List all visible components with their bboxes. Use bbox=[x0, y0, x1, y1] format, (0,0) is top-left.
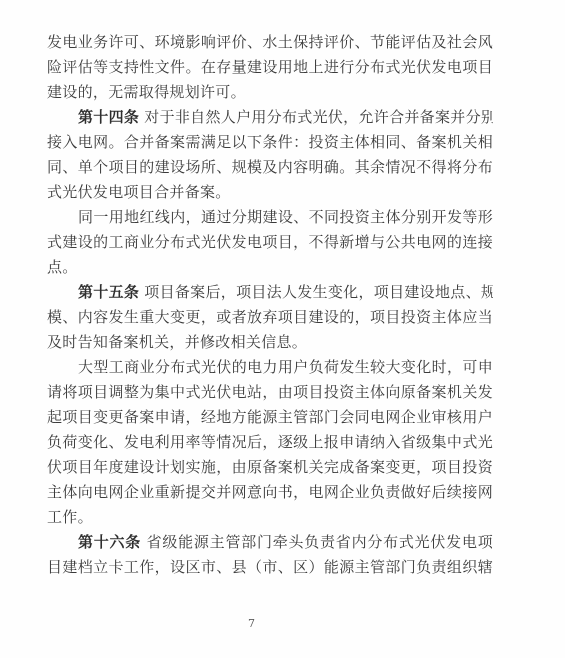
text-line: 式建设的工商业分布式光伏发电项目，不得新增与公共电网的连接 bbox=[47, 230, 493, 255]
line-text: 险评估等支持性文件。在存量建设用地上进行分布式光伏发电项目 bbox=[47, 58, 493, 76]
line-text: 对于非自然人户用分布式光伏，允许合并备案并分别 bbox=[139, 108, 493, 126]
line-text: 伏项目年度建设计划实施，由原备案机关完成备案变更，项目投资 bbox=[47, 458, 493, 476]
article-number: 第十四条 bbox=[78, 108, 139, 126]
line-text: 负荷变化、发电利用率等情况后，逐级上报申请纳入省级集中式光 bbox=[47, 433, 493, 451]
line-text: 项目备案后，项目法人发生变化，项目建设地点、规 bbox=[139, 283, 493, 301]
text-line: 式光伏发电项目合并备案。 bbox=[47, 180, 493, 205]
line-text: 大型工商业分布式光伏的电力用户负荷发生较大变化时，可申 bbox=[78, 358, 493, 376]
text-line: 起项目变更备案申请，经地方能源主管部门会同电网企业审核用户 bbox=[47, 405, 493, 430]
document-text-block: 发电业务许可、环境影响评价、水土保持评价、节能评估及社会风 险评估等支持性文件。… bbox=[47, 30, 493, 580]
text-line: 请将项目调整为集中式光伏电站，由项目投资主体向原备案机关发 bbox=[47, 380, 493, 405]
line-text: 目建档立卡工作，设区市、县（市、区）能源主管部门负责组织辖 bbox=[47, 558, 493, 576]
text-line: 同一用地红线内，通过分期建设、不同投资主体分别开发等形 bbox=[47, 205, 493, 230]
line-text: 同、单个项目的建设场所、规模及内容明确。其余情况不得将分布 bbox=[47, 158, 493, 176]
line-text: 请将项目调整为集中式光伏电站，由项目投资主体向原备案机关发 bbox=[47, 383, 493, 401]
text-line: 主体向电网企业重新提交并网意向书，电网企业负责做好后续接网 bbox=[47, 480, 493, 505]
page-number: 7 bbox=[248, 617, 255, 630]
line-text: 式建设的工商业分布式光伏发电项目，不得新增与公共电网的连接 bbox=[47, 233, 493, 251]
document-page: 发电业务许可、环境影响评价、水土保持评价、节能评估及社会风 险评估等支持性文件。… bbox=[0, 0, 565, 658]
text-line: 伏项目年度建设计划实施，由原备案机关完成备案变更，项目投资 bbox=[47, 455, 493, 480]
text-line: 险评估等支持性文件。在存量建设用地上进行分布式光伏发电项目 bbox=[47, 55, 493, 80]
line-text: 起项目变更备案申请，经地方能源主管部门会同电网企业审核用户 bbox=[47, 408, 493, 426]
text-line: 目建档立卡工作，设区市、县（市、区）能源主管部门负责组织辖 bbox=[47, 555, 493, 580]
line-text: 点。 bbox=[47, 258, 78, 276]
line-text: 式光伏发电项目合并备案。 bbox=[47, 183, 231, 201]
text-line: 及时告知备案机关，并修改相关信息。 bbox=[47, 330, 493, 355]
line-text: 接入电网。合并备案需满足以下条件：投资主体相同、备案机关相 bbox=[47, 133, 493, 151]
text-line: 建设的，无需取得规划许可。 bbox=[47, 80, 493, 105]
text-line: 发电业务许可、环境影响评价、水土保持评价、节能评估及社会风 bbox=[47, 30, 493, 55]
text-line: 第十四条 对于非自然人户用分布式光伏，允许合并备案并分别 bbox=[47, 105, 493, 130]
text-line: 第十六条 省级能源主管部门牵头负责省内分布式光伏发电项 bbox=[47, 530, 493, 555]
text-line: 大型工商业分布式光伏的电力用户负荷发生较大变化时，可申 bbox=[47, 355, 493, 380]
text-line: 负荷变化、发电利用率等情况后，逐级上报申请纳入省级集中式光 bbox=[47, 430, 493, 455]
text-line: 点。 bbox=[47, 255, 493, 280]
article-number: 第十五条 bbox=[78, 283, 139, 301]
text-line: 工作。 bbox=[47, 505, 493, 530]
line-text: 建设的，无需取得规划许可。 bbox=[47, 83, 246, 101]
text-line: 模、内容发生重大变更，或者放弃项目建设的，项目投资主体应当 bbox=[47, 305, 493, 330]
line-text: 发电业务许可、环境影响评价、水土保持评价、节能评估及社会风 bbox=[47, 33, 493, 51]
text-line: 同、单个项目的建设场所、规模及内容明确。其余情况不得将分布 bbox=[47, 155, 493, 180]
line-text: 主体向电网企业重新提交并网意向书，电网企业负责做好后续接网 bbox=[47, 483, 493, 501]
text-line: 第十五条 项目备案后，项目法人发生变化，项目建设地点、规 bbox=[47, 280, 493, 305]
line-text: 工作。 bbox=[47, 508, 93, 526]
text-line: 接入电网。合并备案需满足以下条件：投资主体相同、备案机关相 bbox=[47, 130, 493, 155]
line-text: 同一用地红线内，通过分期建设、不同投资主体分别开发等形 bbox=[78, 208, 493, 226]
line-text: 模、内容发生重大变更，或者放弃项目建设的，项目投资主体应当 bbox=[47, 308, 493, 326]
article-number: 第十六条 bbox=[78, 533, 141, 551]
line-text: 省级能源主管部门牵头负责省内分布式光伏发电项 bbox=[141, 533, 493, 551]
line-text: 及时告知备案机关，并修改相关信息。 bbox=[47, 333, 307, 351]
